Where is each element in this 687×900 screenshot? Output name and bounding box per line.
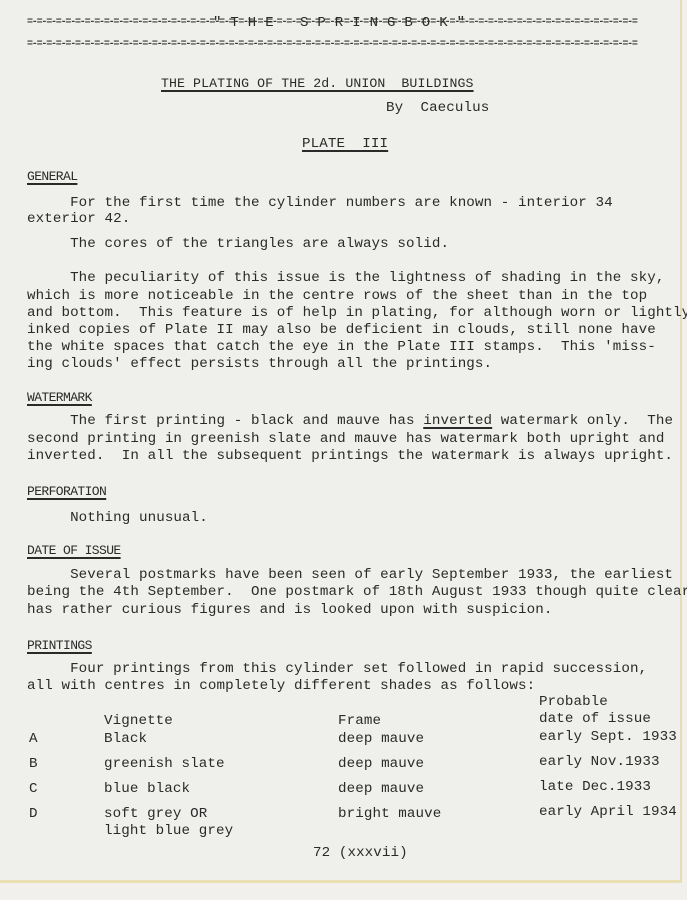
- row-vignette: greenish slate: [104, 754, 225, 774]
- column-header-frame: Frame: [338, 711, 381, 731]
- section-heading-watermark: WATERMARK: [27, 388, 92, 408]
- section-heading-date-of-issue: DATE OF ISSUE: [27, 541, 121, 561]
- paragraph-line: The cores of the triangles are always so…: [27, 234, 449, 254]
- row-frame: deep mauve: [338, 754, 424, 774]
- article-byline: By Caeculus: [386, 98, 489, 118]
- row-date: early Sept. 1933: [539, 727, 677, 747]
- row-key: A: [29, 729, 38, 749]
- paragraph-line: ing clouds' effect persists through all …: [27, 354, 492, 374]
- row-date: late Dec.1933: [539, 777, 651, 797]
- plate-heading: PLATE III: [302, 134, 388, 154]
- row-key: C: [29, 779, 38, 799]
- publication-title: "THE SPRINGBOK": [0, 15, 687, 31]
- paragraph-line: The peculiarity of this issue is the lig…: [27, 268, 664, 288]
- row-frame: deep mauve: [338, 729, 424, 749]
- document-page: =-=-=-=-=-=-=-=-=-=-=-=-=-=-=-=-=-=-=-=-…: [0, 0, 682, 883]
- text-run: watermark only. The: [492, 413, 673, 429]
- paragraph-line: inverted. In all the subsequent printing…: [27, 446, 673, 466]
- row-frame: bright mauve: [338, 804, 441, 824]
- section-heading-printings: PRINTINGS: [27, 636, 92, 656]
- section-heading-perforation: PERFORATION: [27, 482, 106, 502]
- column-header-vignette: Vignette: [104, 711, 173, 731]
- row-vignette: Black: [104, 729, 147, 749]
- text-run: The first printing - black and mauve has: [27, 413, 423, 429]
- section-heading-general: GENERAL: [27, 167, 77, 187]
- row-vignette: blue black: [104, 779, 190, 799]
- paragraph-line: Nothing unusual.: [27, 508, 208, 528]
- page-number: 72 (xxxvii): [313, 843, 408, 863]
- column-header-date-line2: date of issue: [539, 709, 651, 729]
- row-vignette-continued: light blue grey: [104, 821, 233, 841]
- paragraph-line: exterior 42.: [27, 209, 130, 229]
- row-key: B: [29, 754, 38, 774]
- paragraph-line: The first printing - black and mauve has…: [27, 411, 673, 431]
- masthead-rule-bottom: =-=-=-=-=-=-=-=-=-=-=-=-=-=-=-=-=-=-=-=-…: [27, 40, 655, 50]
- row-frame: deep mauve: [338, 779, 424, 799]
- emphasis-inverted: inverted: [423, 413, 492, 429]
- row-date: early April 1934: [539, 802, 677, 822]
- article-title: THE PLATING OF THE 2d. UNION BUILDINGS: [161, 74, 474, 94]
- paragraph-line: being the 4th September. One postmark of…: [27, 582, 687, 602]
- paragraph-line: all with centres in completely different…: [27, 676, 535, 696]
- row-date: early Nov.1933: [539, 752, 660, 772]
- row-key: D: [29, 804, 38, 824]
- paragraph-line: has rather curious figures and is looked…: [27, 600, 552, 620]
